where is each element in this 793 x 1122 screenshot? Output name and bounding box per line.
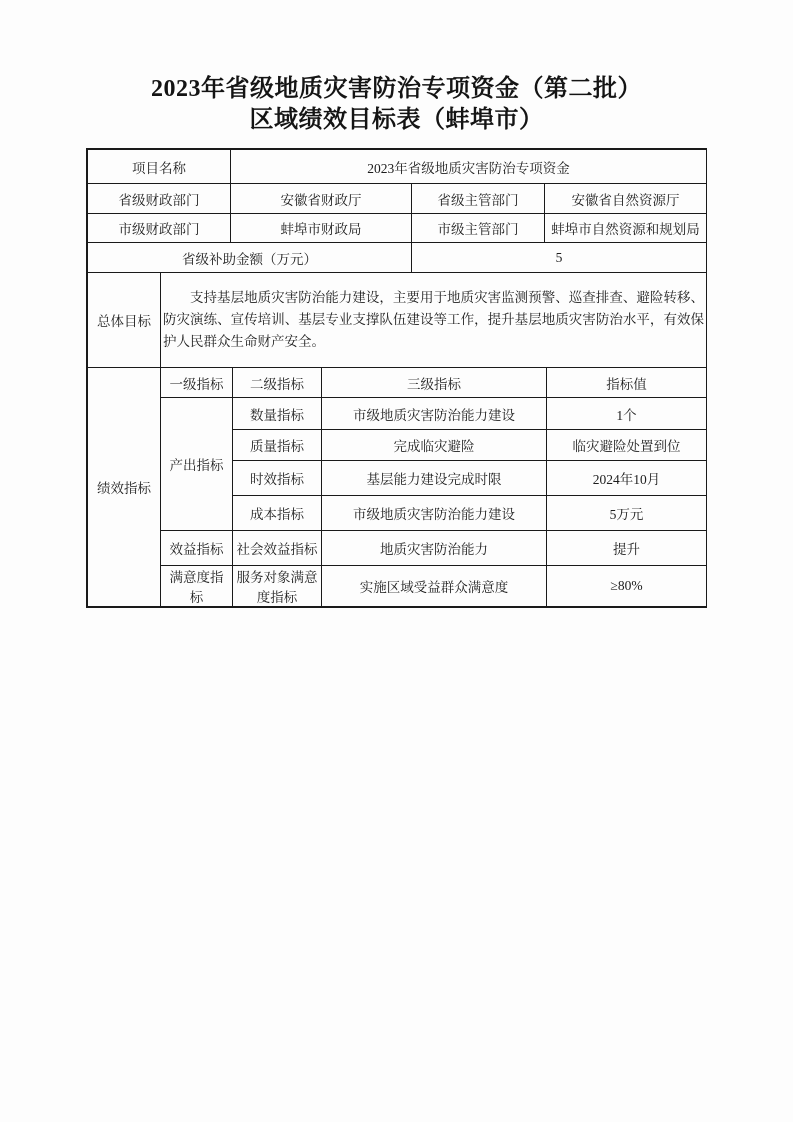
level3-social-benefit: 地质灾害防治能力 (322, 531, 547, 566)
subsidy-value: 5 (412, 243, 707, 273)
table-row: 省级补助金额（万元） 5 (88, 243, 707, 273)
table-row: 满意度指标 服务对象满意度指标 实施区域受益群众满意度 ≥80% (88, 566, 707, 607)
table-row: 产出指标 数量指标 市级地质灾害防治能力建设 1个 (88, 398, 707, 430)
title-line-2: 区域绩效目标表（蚌埠市） (0, 105, 793, 136)
level2-timeliness: 时效指标 (233, 461, 322, 496)
city-dept-value: 蚌埠市自然资源和规划局 (545, 214, 707, 243)
overall-goal-text: 支持基层地质灾害防治能力建设，主要用于地质灾害监测预警、巡查排查、避险转移、防灾… (163, 287, 704, 353)
table-row: 省级财政部门 安徽省财政厅 省级主管部门 安徽省自然资源厅 (88, 184, 707, 214)
value-cost: 5万元 (547, 496, 707, 531)
indicators-section-label: 绩效指标 (88, 368, 161, 607)
city-finance-label: 市级财政部门 (88, 214, 231, 243)
prov-dept-value: 安徽省自然资源厅 (545, 184, 707, 214)
page-title: 2023年省级地质灾害防治专项资金（第二批） 区域绩效目标表（蚌埠市） (0, 74, 793, 136)
prov-finance-value: 安徽省财政厅 (231, 184, 412, 214)
city-finance-value: 蚌埠市财政局 (231, 214, 412, 243)
prov-dept-label: 省级主管部门 (412, 184, 545, 214)
title-line-1: 2023年省级地质灾害防治专项资金（第二批） (0, 74, 793, 105)
level1-satisfaction-label: 满意度指标 (161, 566, 233, 607)
subsidy-label: 省级补助金额（万元） (88, 243, 412, 273)
header-level3: 三级指标 (322, 368, 547, 398)
indicators-table: 绩效指标 一级指标 二级指标 三级指标 指标值 产出指标 数量指标 市级地质灾害… (87, 367, 707, 607)
indicators-header-row: 绩效指标 一级指标 二级指标 三级指标 指标值 (88, 368, 707, 398)
level3-quantity: 市级地质灾害防治能力建设 (322, 398, 547, 430)
table-row: 总体目标 支持基层地质灾害防治能力建设，主要用于地质灾害监测预警、巡查排查、避险… (88, 273, 707, 368)
overall-goal-label: 总体目标 (88, 273, 161, 368)
value-satisfaction: ≥80% (547, 566, 707, 607)
level2-cost: 成本指标 (233, 496, 322, 531)
header-level1: 一级指标 (161, 368, 233, 398)
level3-cost: 市级地质灾害防治能力建设 (322, 496, 547, 531)
header-level2: 二级指标 (233, 368, 322, 398)
project-info-table: 项目名称 2023年省级地质灾害防治专项资金 省级财政部门 安徽省财政厅 省级主… (87, 149, 707, 273)
value-quality: 临灾避险处置到位 (547, 430, 707, 461)
value-quantity: 1个 (547, 398, 707, 430)
level2-social-benefit: 社会效益指标 (233, 531, 322, 566)
table-row: 项目名称 2023年省级地质灾害防治专项资金 (88, 150, 707, 184)
performance-target-table: 项目名称 2023年省级地质灾害防治专项资金 省级财政部门 安徽省财政厅 省级主… (86, 148, 707, 608)
city-dept-label: 市级主管部门 (412, 214, 545, 243)
overall-goal-cell: 支持基层地质灾害防治能力建设，主要用于地质灾害监测预警、巡查排查、避险转移、防灾… (161, 273, 707, 368)
level3-satisfaction: 实施区域受益群众满意度 (322, 566, 547, 607)
value-social-benefit: 提升 (547, 531, 707, 566)
level1-benefit-label: 效益指标 (161, 531, 233, 566)
level1-output-label: 产出指标 (161, 398, 233, 531)
level2-quantity: 数量指标 (233, 398, 322, 430)
table-row: 市级财政部门 蚌埠市财政局 市级主管部门 蚌埠市自然资源和规划局 (88, 214, 707, 243)
value-timeliness: 2024年10月 (547, 461, 707, 496)
level3-timeliness: 基层能力建设完成时限 (322, 461, 547, 496)
project-name-value: 2023年省级地质灾害防治专项资金 (231, 150, 707, 184)
overall-goal-table: 总体目标 支持基层地质灾害防治能力建设，主要用于地质灾害监测预警、巡查排查、避险… (87, 272, 707, 368)
prov-finance-label: 省级财政部门 (88, 184, 231, 214)
header-value: 指标值 (547, 368, 707, 398)
level3-quality: 完成临灾避险 (322, 430, 547, 461)
project-name-label: 项目名称 (88, 150, 231, 184)
table-row: 效益指标 社会效益指标 地质灾害防治能力 提升 (88, 531, 707, 566)
level2-satisfaction: 服务对象满意度指标 (233, 566, 322, 607)
document-page: 2023年省级地质灾害防治专项资金（第二批） 区域绩效目标表（蚌埠市） 项目名称… (0, 0, 793, 1122)
level2-quality: 质量指标 (233, 430, 322, 461)
